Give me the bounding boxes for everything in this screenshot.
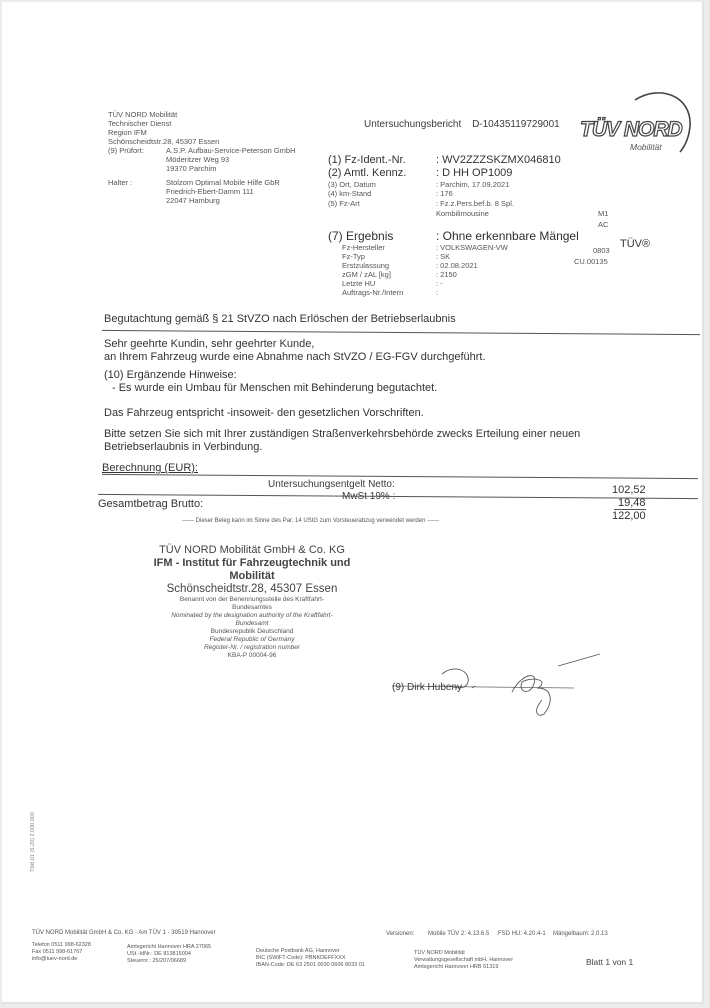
footer-line: Amtsgericht Hannover HRB 61319: [414, 964, 513, 971]
stamp-line: Register-Nr. / registration number: [132, 644, 372, 652]
report-number: D-10435119729001: [472, 119, 560, 130]
field-value: Kombilimousine: [436, 209, 489, 218]
detail-label: Fz-Hersteller: [342, 243, 436, 252]
stamp-line: Bundesrepublik Deutschland: [132, 628, 372, 636]
field-value: : Fz.z.Pers.bef.b. 8 Spl.: [436, 199, 514, 208]
issuer-address: Schönscheidtstr.28, 45307 Essen: [108, 137, 296, 146]
compliance-text: Das Fahrzeug entspricht -insoweit- den g…: [104, 407, 424, 420]
footer-line: USt.-IdNr.: DE 813815004: [127, 951, 211, 958]
footer-line: TÜV NORD Mobilität: [414, 950, 513, 957]
ergebnis-row: (7) Ergebnis : Ohne erkennbare Mängel: [328, 229, 579, 243]
vat-note: ------ Dieser Beleg kann im Sinne des Pa…: [182, 517, 439, 525]
vehicle-fields: (1) Fz-Ident.-Nr.: WV2ZZZSKZMX046810 (2)…: [328, 154, 561, 218]
footer-line: IBAN-Code: DE 63 2501 0030 0606 8033 01: [256, 962, 365, 969]
footer-line: Fax 0511 998-61767: [32, 949, 91, 956]
footer-admin: TÜV NORD Mobilität Verwaltungsgesellscha…: [414, 950, 513, 971]
report-heading: Untersuchungsbericht D-10435119729001: [364, 119, 560, 131]
field-value: : Parchim, 17.09.2021: [436, 180, 509, 189]
detail-value: :: [436, 288, 438, 297]
halter-line: Friedrich-Ebert-Damm 111: [166, 187, 280, 196]
hinweise-item: - Es wurde ein Umbau für Menschen mit Be…: [104, 382, 437, 395]
request-line: Betriebserlaubnis in Verbindung.: [104, 441, 580, 454]
versions-label: Versionen:: [386, 930, 428, 938]
request-line: Bitte setzen Sie sich mit Ihrer zuständi…: [104, 428, 580, 441]
detail-label: Fz-Typ: [342, 252, 436, 261]
report-title: Untersuchungsbericht: [364, 119, 461, 130]
stamp-line: Bundesamtes: [132, 604, 372, 612]
stamp-line: Mobilität: [132, 570, 372, 583]
pruefort-line: 19370 Parchim: [166, 164, 296, 173]
document-page: TÜV NORD Mobilität Technischer Dienst Re…: [2, 2, 704, 1004]
stamp-line: Schönscheidtstr.28, 45307 Essen: [132, 583, 372, 596]
field-label: (2) Amtl. Kennz.: [328, 167, 436, 180]
greeting: Sehr geehrte Kundin, sehr geehrter Kunde…: [104, 338, 486, 351]
pruefort-line: Möderitzer Weg 93: [166, 155, 296, 164]
issuer-dept: Technischer Dienst: [108, 119, 296, 128]
brutto-label: Gesamtbetrag Brutto:: [98, 498, 203, 511]
detail-label: Letzte HU: [342, 279, 436, 288]
class-code-m1: M1: [598, 209, 608, 218]
footer-bank: Deutsche Postbank AG, Hannover BIC (SWIF…: [256, 948, 365, 969]
field-label: (5) Fz-Art: [328, 199, 436, 208]
detail-label: Auftrags-Nr./Intern: [342, 288, 436, 297]
form-code: Tbkl.01 (6.20) 2.000.000: [30, 812, 36, 872]
field-value: : 176: [436, 189, 453, 198]
brutto-value: 122,00: [612, 510, 646, 523]
issuer-region: Region IFM: [108, 128, 296, 137]
footer-registry: Amtsgericht Hannover HRA 27065 USt.-IdNr…: [127, 944, 211, 965]
signatory-name: (9) Dirk Hubeny: [392, 682, 462, 694]
class-code-ac: AC: [598, 220, 608, 229]
footer-company: TÜV NORD Mobilität GmbH & Co. KG - Am TÜ…: [32, 929, 216, 937]
detail-value: : 02.08.2021: [436, 261, 478, 270]
detail-label: Erstzulassung: [342, 261, 436, 270]
stamp-line: KBA-P 00004-96: [132, 652, 372, 660]
stamp-line: Benannt von der Benennungsstelle des Kra…: [132, 596, 372, 604]
footer-line: Telefon 0511 998-62328: [32, 942, 91, 949]
version-fsd: FSD HU: 4.20.4-1: [498, 930, 553, 938]
section-heading: Begutachtung gemäß § 21 StVZO nach Erlös…: [104, 313, 456, 326]
page-number: Blatt 1 von 1: [586, 957, 633, 967]
footer-line: Deutsche Postbank AG, Hannover: [256, 948, 365, 955]
field-label: (1) Fz-Ident.-Nr.: [328, 154, 436, 167]
detail-value: : SK: [436, 252, 450, 261]
issuer-block: TÜV NORD Mobilität Technischer Dienst Re…: [108, 110, 296, 205]
pruefort-label: (9) Prüfort:: [108, 146, 166, 173]
version-mobile: Mobile TÜV 2: 4.13.6.5: [428, 930, 498, 938]
footer-versions: Versionen: Mobile TÜV 2: 4.13.6.5 FSD HU…: [386, 930, 608, 938]
detail-value: : VOLKSWAGEN-VW: [436, 243, 508, 252]
vehicle-details: Fz-Hersteller: VOLKSWAGEN-VW Fz-Typ: SK …: [342, 243, 508, 297]
issuer-org: TÜV NORD Mobilität: [108, 110, 296, 119]
ergebnis-value: : Ohne erkennbare Mängel: [436, 229, 579, 243]
footer-contact: Telefon 0511 998-62328 Fax 0511 998-6176…: [32, 942, 91, 963]
body-text: Sehr geehrte Kundin, sehr geehrter Kunde…: [104, 338, 486, 364]
field-label: (3) Ort, Datum: [328, 180, 436, 189]
logo-wordmark: TÜV NORD: [580, 118, 682, 142]
footer-line: BIC (SWIFT-Code): PBNKDEFFXXX: [256, 955, 365, 962]
intro: an Ihrem Fahrzeug wurde eine Abnahme nac…: [104, 351, 486, 364]
logo-subtitle: Mobilität: [630, 142, 662, 152]
mwst-label: MwSt 19% :: [342, 491, 395, 503]
stamp-line: Bundesamt: [132, 620, 372, 628]
field-value: : WV2ZZZSKZMX046810: [436, 154, 561, 167]
footer-line: info@tuev-nord.de: [32, 956, 91, 963]
detail-value: : 2150: [436, 270, 457, 279]
footer-line: Verwaltungsgesellschaft mbH, Hannover: [414, 957, 513, 964]
stamp-line: TÜV NORD Mobilität GmbH & Co. KG: [132, 544, 372, 557]
stamp-line: Nominated by the designation authority o…: [132, 612, 372, 620]
tuev-nord-logo: TÜV NORD Mobilität: [590, 86, 700, 156]
detail-value: : -: [436, 279, 443, 288]
netto-label: Untersuchungsentgelt Netto:: [268, 479, 395, 491]
heading-divider: [102, 330, 700, 335]
hinweise-label: (10) Ergänzende Hinweise:: [104, 369, 437, 382]
code-cu: CU.00135: [574, 257, 608, 266]
company-stamp: TÜV NORD Mobilität GmbH & Co. KG IFM - I…: [132, 544, 372, 660]
halter-line: 22047 Hamburg: [166, 196, 280, 205]
halter-label: Halter :: [108, 178, 166, 205]
ergebnis-label: (7) Ergebnis: [328, 229, 436, 243]
version-maengelbaum: Mängelbaum: 2.0.13: [553, 930, 608, 938]
netto-value: 102,52: [612, 484, 646, 497]
field-label: (4) km-Stand: [328, 189, 436, 198]
detail-label: zGM / zAL [kg]: [342, 270, 436, 279]
stamp-line: Federal Republic of Germany: [132, 636, 372, 644]
footer-line: Amtsgericht Hannover HRA 27065: [127, 944, 211, 951]
hinweise: (10) Ergänzende Hinweise: - Es wurde ein…: [104, 369, 437, 395]
code-0803: 0803: [593, 246, 610, 255]
field-value: : D HH OP1009: [436, 167, 512, 180]
billing-divider: [102, 474, 698, 479]
tuev-mark: TÜV®: [620, 238, 650, 251]
stamp-line: IFM - Institut für Fahrzeugtechnik und: [132, 557, 372, 570]
halter-line: Stolzom Optimal Mobile Hilfe GbR: [166, 178, 280, 187]
footer-line: Steuernr.: 25/207/06689: [127, 958, 211, 965]
pruefort-line: A.S.P. Aufbau-Service-Peterson GmbH: [166, 146, 296, 155]
field-label: [328, 209, 436, 218]
request-text: Bitte setzen Sie sich mit Ihrer zuständi…: [104, 428, 580, 454]
